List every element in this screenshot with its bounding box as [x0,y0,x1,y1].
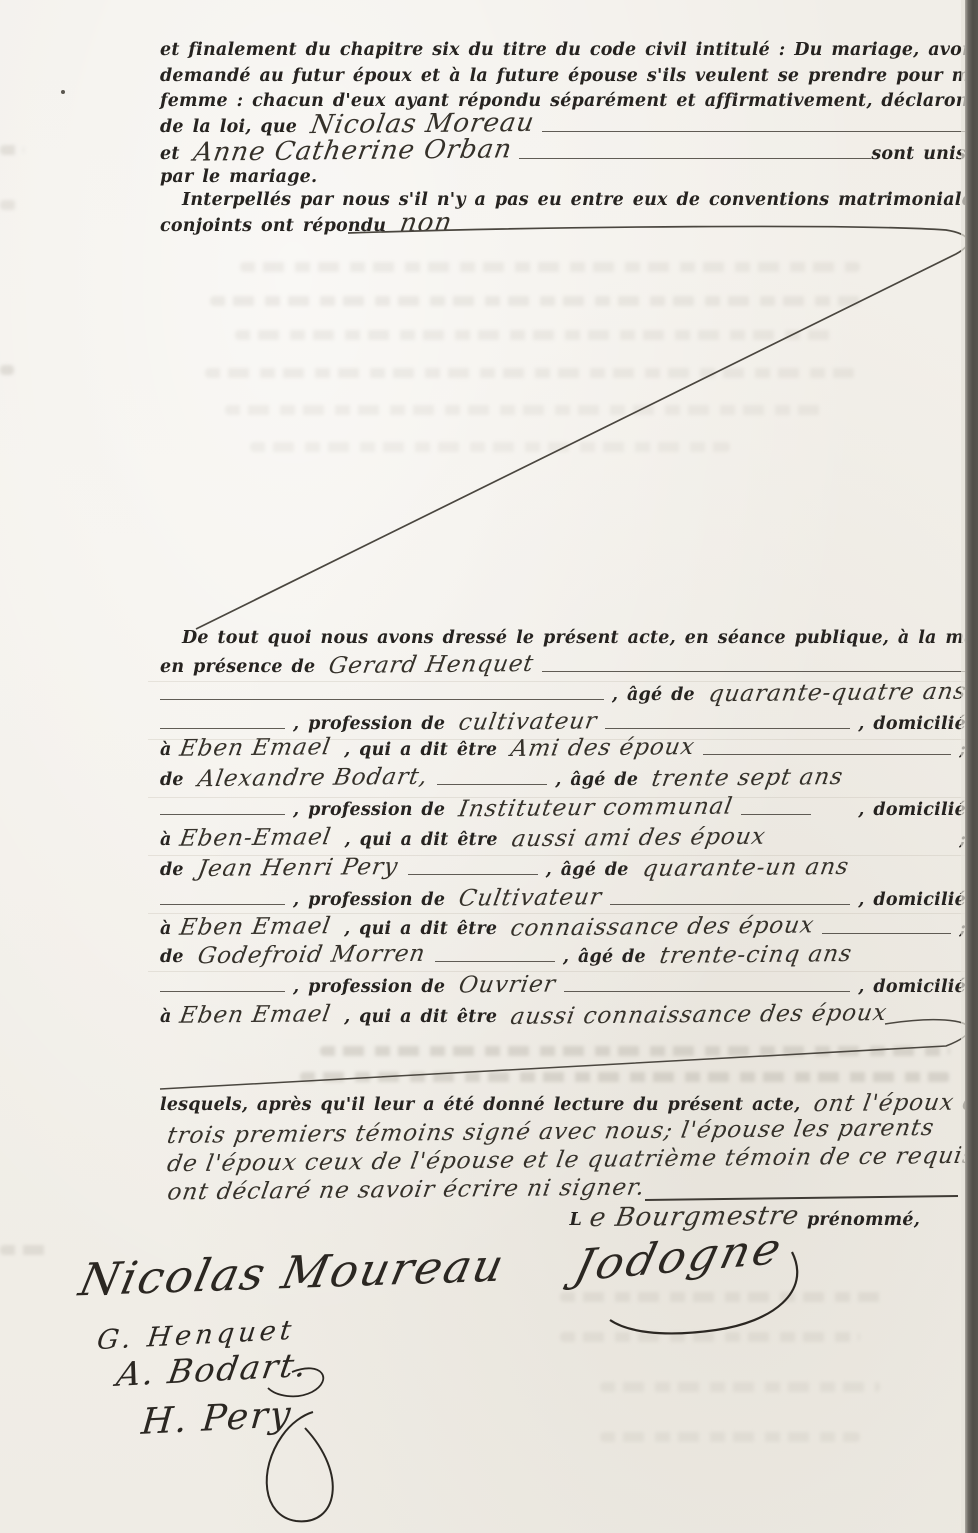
printed-line: femme : chacun d'eux ayant répondu sépar… [160,89,966,114]
handwritten-closing: de l'époux ceux de l'épouse et le quatri… [165,1144,977,1177]
handwritten-witness-profession: Cultivateur [457,885,604,911]
blank-rule [160,724,285,729]
witness3-profession-line: , profession de Cultivateur , domicilié [160,886,966,913]
handwritten-witness-name: Alexandre Bodart, [196,765,430,792]
printed-label: , profession de [293,975,445,1000]
handwritten-witness-profession: cultivateur [457,709,599,735]
printed-line: par le mariage. [160,165,966,190]
bleedthrough-text-row [235,330,835,340]
witness4-name-line: de Godefroid Morren , âgé de trente-cinq… [160,943,966,970]
signature-groom: Nicolas Moureau [75,1239,511,1307]
printed-label: , qui a dit être [344,917,497,942]
blank-rule [741,810,811,815]
witness2-profession-line: , profession de Instituteur communal , d… [160,796,966,823]
printed-label: à [160,917,172,942]
blank-rule [610,900,850,905]
printed-label: , profession de [293,712,445,737]
blank-rule [605,724,850,729]
handwritten-answer: non [398,211,454,237]
witness3-domicile-line: à Eben Emael , qui a dit être connaissan… [160,915,966,942]
printed-label: de [160,768,184,793]
bride-name-line: et Anne Catherine Orban sont unis [160,139,966,167]
bleedthrough-mark [0,200,16,210]
bleedthrough-text-row [250,442,730,452]
bleedthrough-text-row [600,1382,880,1392]
handwritten-witness-profession: Ouvrier [457,972,558,998]
blank-rule [564,987,850,992]
signature-witness3: H. Pery [140,1394,294,1443]
printed-label: , qui a dit être [344,738,497,763]
scanned-marriage-record-page: et finalement du chapitre six du titre d… [0,0,978,1533]
printed-label: L [570,1208,583,1233]
handwritten-bride-name: Anne Catherine Orban [191,137,513,165]
handwritten-witness-quality: connaissance des époux [509,913,816,941]
printed-label: , domicilié [858,798,966,823]
handwritten-witness-age: trente-cinq ans [658,942,854,969]
printed-label: , qui a dit être [344,1005,497,1030]
blank-rule [408,870,538,875]
printed-line: demandé au futur époux et à la future ép… [160,64,966,89]
printed-text: sont unis [871,142,966,167]
diagonal-cancellation-stroke [196,226,968,629]
mayor-title-line: L e Bourgmestre prénommé, [160,1205,920,1233]
bleedthrough-mark [0,145,24,155]
handwritten-witness-domicile: Eben Emael [177,1002,332,1029]
handwritten-witness-profession: Instituteur communal [457,795,735,823]
printed-label: , profession de [293,798,445,823]
closing-line-3: de l'époux ceux de l'épouse et le quatri… [168,1148,974,1173]
printed-label: en présence de [160,655,315,680]
bleedthrough-text-row [600,1432,860,1442]
printed-label: à [160,828,172,853]
handwritten-witness-name: Jean Henri Pery [196,855,400,882]
closing-line-4: ont déclaré ne savoir écrire ni signer. [168,1178,974,1203]
handwritten-witness-quality: Ami des époux [509,735,697,762]
bleedthrough-mark [0,1245,55,1255]
bleedthrough-text-row [560,1292,890,1302]
printed-label: de [160,858,184,883]
printed-line: et finalement du chapitre six du titre d… [160,38,966,63]
blank-rule [703,750,952,755]
printed-text: lesquels, après qu'il leur a été donné l… [160,1093,800,1118]
handwritten-witness-name: Gerard Henquet [327,652,536,679]
printed-text: femme : chacun d'eux ayant répondu sépar… [160,89,966,114]
witness2-domicile-line: à Eben-Emael , qui a dit être aussi ami … [160,826,966,853]
bleedthrough-text-row [210,296,870,306]
printed-label: de [160,945,184,970]
printed-text: et finalement du chapitre six du titre d… [160,38,966,63]
blank-rule [542,127,966,132]
ink-speck [61,90,65,94]
printed-label: , qui a dit être [345,828,498,853]
printed-label: , domicilié [858,975,966,1000]
handwritten-witness-age: quarante-un ans [640,855,850,882]
signature-mayor: Jodogne [569,1223,788,1291]
bleedthrough-text-row [205,368,855,378]
handwritten-witness-age: quarante-quatre ans [707,680,969,708]
handwritten-witness-domicile: Eben-Emael [177,825,332,852]
printed-label: et [160,142,180,167]
closing-line-1: lesquels, après qu'il leur a été donné l… [160,1091,966,1118]
printed-label: , âgé de [563,945,646,970]
handwritten-witness-domicile: Eben Emael [177,914,332,941]
handwritten-closing: ont déclaré ne savoir écrire ni signer. [166,1176,647,1206]
handwritten-witness-quality: aussi ami des époux [509,825,767,853]
witness4-domicile-line: à Eben Emael , qui a dit être aussi conn… [160,1003,966,1030]
blank-rule [160,900,285,905]
printed-label: , âgé de [555,768,638,793]
witness1-domicile-line: à Eben Emael , qui a dit être Ami des ép… [160,736,966,763]
printed-label: , âgé de [612,683,695,708]
printed-text: prénommé, [807,1208,920,1233]
handwritten-witness-domicile: Eben Emael [177,735,332,762]
printed-line: De tout quoi nous avons dressé le présen… [160,626,966,651]
bleedthrough-text-row [320,1046,950,1056]
witness1-age-line: , âgé de quarante-quatre ans [160,681,966,708]
printed-label: , domicilié [858,712,966,737]
handwritten-witness-name: Godefroid Morren [196,942,428,969]
blank-rule [160,810,285,815]
printed-label: à [160,1005,172,1030]
bleedthrough-text-row [225,405,825,415]
blank-rule [437,780,547,785]
answer-line: conjoints ont répondu non [160,211,966,239]
blank-rule [160,987,285,992]
printed-text: demandé au futur époux et à la future ép… [160,64,966,89]
printed-label: , profession de [293,888,445,913]
witness3-name-line: de Jean Henri Pery , âgé de quarante-un … [160,856,966,883]
printed-text: De tout quoi nous avons dressé le présen… [160,626,966,651]
witness4-profession-line: , profession de Ouvrier , domicilié [160,973,966,1000]
printed-line: Interpellés par nous s'il n'y a pas eu e… [160,188,966,213]
blank-rule [160,695,604,700]
blank-rule [519,154,871,159]
bleedthrough-text-row [240,262,860,272]
witness1-name-line: en présence de Gerard Henquet [160,653,966,680]
witness2-name-line: de Alexandre Bodart, , âgé de trente sep… [160,766,966,793]
printed-label: , domicilié [858,888,966,913]
printed-text: par le mariage. [160,165,317,190]
printed-label: conjoints ont répondu [160,214,386,239]
bleedthrough-mark [0,365,14,375]
handwritten-witness-quality: aussi connaissance des époux [509,1001,889,1030]
bleedthrough-text-row [300,1072,950,1082]
blank-rule [542,667,966,672]
handwritten-closing: ont l'époux et les [812,1090,978,1117]
witness1-profession-line: , profession de cultivateur , domicilié [160,710,966,737]
closing-line-2: trois premiers témoins signé avec nous; … [168,1120,974,1145]
printed-label: , âgé de [546,858,629,883]
handwritten-witness-age: trente sept ans [650,765,845,792]
page-edge-shadow [965,0,978,1533]
blank-rule [435,957,555,962]
printed-text: Interpellés par nous s'il n'y a pas eu e… [160,188,966,213]
bleedthrough-text-row [560,1332,860,1342]
blank-rule [822,929,951,934]
printed-label: à [160,738,172,763]
